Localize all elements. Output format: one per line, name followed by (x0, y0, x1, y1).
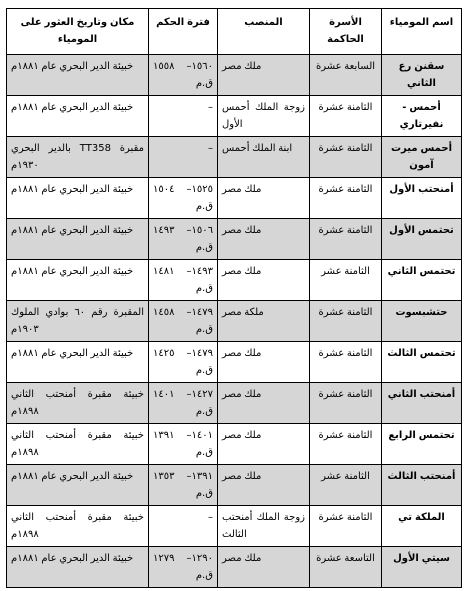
mummy-name-cell: أمنحتب الأول (382, 178, 462, 219)
mummy-name-cell: تحتمس الأول (382, 219, 462, 260)
table-row: أمنحتب الثاني الثامنة عشرة ملك مصر ١٤٢٧–… (7, 383, 462, 424)
dynasty-cell: الثامنة عشرة (310, 424, 382, 465)
table-row: الملكة تي الثامنة عشرة زوجة الملك أمنحتب… (7, 506, 462, 547)
dynasty-cell: الثامنة عشر (310, 260, 382, 301)
discovery-place-cell: خبيئة الدير البحري عام ١٨٨١م (7, 96, 149, 137)
discovery-place-cell: خبيئة الدير البحري عام ١٨٨١م (7, 547, 149, 588)
position-cell: زوجة الملك أمنحتب الثالث (218, 506, 310, 547)
dynasty-cell: الثامنة عشرة (310, 342, 382, 383)
discovery-place-cell: خبيئة مقبرة أمنحتب الثاني ١٨٩٨م (7, 383, 149, 424)
dynasty-cell: الثامنة عشرة (310, 96, 382, 137)
discovery-place-cell: مقبرة TT358 بالدير البحري ١٩٣٠م (7, 137, 149, 178)
position-cell: ملك مصر (218, 383, 310, 424)
dynasty-cell: الثامنة عشر (310, 465, 382, 506)
header-cell-mummy-name: اسم المومياء (382, 9, 462, 55)
discovery-place-cell: خبيئة الدير البحري عام ١٨٨١م (7, 465, 149, 506)
reign-period-cell: ١٢٩٠– ١٢٧٩ ق.م (149, 547, 218, 588)
table-row: أمنحتب الأول الثامنة عشرة ملك مصر ١٥٢٥– … (7, 178, 462, 219)
position-cell: ملك مصر (218, 465, 310, 506)
header-cell-reign-period: فترة الحكم (149, 9, 218, 55)
dynasty-cell: الثامنة عشرة (310, 178, 382, 219)
discovery-place-cell: خبيئة مقبرة أمنحتب الثاني ١٨٩٨م (7, 506, 149, 547)
dynasty-cell: السابعة عشرة (310, 55, 382, 96)
mummy-name-cell: سقنن رع الثاني (382, 55, 462, 96)
reign-period-cell: – (149, 137, 218, 178)
table-row: أحمس - نفيرتاري الثامنة عشرة زوجة الملك … (7, 96, 462, 137)
position-cell: ملك مصر (218, 178, 310, 219)
royal-mummies-table: اسم المومياء الأسرة الحاكمة المنصب فترة … (6, 8, 462, 588)
discovery-place-cell: خبيئة مقبرة أمنحتب الثاني ١٨٩٨م (7, 424, 149, 465)
table-row: سيتي الأول التاسعة عشرة ملك مصر ١٢٩٠– ١٢… (7, 547, 462, 588)
discovery-place-cell: خبيئة الدير البحري عام ١٨٨١م (7, 219, 149, 260)
dynasty-cell: الثامنة عشرة (310, 383, 382, 424)
mummy-name-cell: تحتمس الثالث (382, 342, 462, 383)
mummy-name-cell: الملكة تي (382, 506, 462, 547)
position-cell: ملك مصر (218, 342, 310, 383)
table-row: أمنحتب الثالث الثامنة عشر ملك مصر ١٣٩١– … (7, 465, 462, 506)
mummy-name-cell: أحمس - نفيرتاري (382, 96, 462, 137)
document-page: اسم المومياء الأسرة الحاكمة المنصب فترة … (0, 0, 469, 591)
position-cell: ملك مصر (218, 219, 310, 260)
dynasty-cell: التاسعة عشرة (310, 547, 382, 588)
discovery-place-cell: خبيئة الدير البحري عام ١٨٨١م (7, 342, 149, 383)
table-row: تحتمس الرابع الثامنة عشرة ملك مصر ١٤٠١– … (7, 424, 462, 465)
table-row: أحمس ميرت آمون الثامنة عشرة ابنة الملك أ… (7, 137, 462, 178)
mummy-name-cell: تحتمس الثاني (382, 260, 462, 301)
reign-period-cell: ١٤٧٩– ١٤٥٨ ق.م (149, 301, 218, 342)
position-cell: ملك مصر (218, 424, 310, 465)
dynasty-cell: الثامنة عشرة (310, 506, 382, 547)
reign-period-cell: ١٤٢٧– ١٤٠١ ق.م (149, 383, 218, 424)
reign-period-cell: ١٣٩١– ١٣٥٣ ق.م (149, 465, 218, 506)
position-cell: ملك مصر (218, 547, 310, 588)
position-cell: ملك مصر (218, 55, 310, 96)
mummy-name-cell: سيتي الأول (382, 547, 462, 588)
header-row: اسم المومياء الأسرة الحاكمة المنصب فترة … (7, 9, 462, 55)
discovery-place-cell: خبيئة الدير البحري عام ١٨٨١م (7, 260, 149, 301)
reign-period-cell: ١٥٠٦– ١٤٩٣ ق.م (149, 219, 218, 260)
table-row: تحتمس الثاني الثامنة عشر ملك مصر ١٤٩٣– ١… (7, 260, 462, 301)
header-cell-dynasty: الأسرة الحاكمة (310, 9, 382, 55)
table-row: حتشبسوت الثامنة عشرة ملكة مصر ١٤٧٩– ١٤٥٨… (7, 301, 462, 342)
reign-period-cell: ١٤٠١– ١٣٩١ ق.م (149, 424, 218, 465)
mummy-name-cell: تحتمس الرابع (382, 424, 462, 465)
table-row: سقنن رع الثاني السابعة عشرة ملك مصر ١٥٦٠… (7, 55, 462, 96)
reign-period-cell: ١٥٦٠– ١٥٥٨ ق.م (149, 55, 218, 96)
dynasty-cell: الثامنة عشرة (310, 219, 382, 260)
header-cell-discovery-place: مكان وتاريخ العثور على المومياء (7, 9, 149, 55)
header-cell-position: المنصب (218, 9, 310, 55)
reign-period-cell: – (149, 506, 218, 547)
reign-period-cell: ١٥٢٥– ١٥٠٤ ق.م (149, 178, 218, 219)
discovery-place-cell: خبيئة الدير البحري عام ١٨٨١م (7, 178, 149, 219)
mummy-name-cell: أحمس ميرت آمون (382, 137, 462, 178)
discovery-place-cell: المقبرة رقم ٦٠ بوادي الملوك ١٩٠٣م (7, 301, 149, 342)
reign-period-cell: – (149, 96, 218, 137)
dynasty-cell: الثامنة عشرة (310, 137, 382, 178)
table-row: تحتمس الثالث الثامنة عشرة ملك مصر ١٤٧٩– … (7, 342, 462, 383)
dynasty-cell: الثامنة عشرة (310, 301, 382, 342)
mummy-name-cell: حتشبسوت (382, 301, 462, 342)
discovery-place-cell: خبيئة الدير البحري عام ١٨٨١م (7, 55, 149, 96)
mummy-name-cell: أمنحتب الثالث (382, 465, 462, 506)
mummy-name-cell: أمنحتب الثاني (382, 383, 462, 424)
reign-period-cell: ١٤٧٩– ١٤٢٥ ق.م (149, 342, 218, 383)
position-cell: زوجة الملك أحمس الأول (218, 96, 310, 137)
position-cell: ملكة مصر (218, 301, 310, 342)
position-cell: ملك مصر (218, 260, 310, 301)
table-row: تحتمس الأول الثامنة عشرة ملك مصر ١٥٠٦– ١… (7, 219, 462, 260)
position-cell: ابنة الملك أحمس (218, 137, 310, 178)
reign-period-cell: ١٤٩٣– ١٤٨١ ق.م (149, 260, 218, 301)
